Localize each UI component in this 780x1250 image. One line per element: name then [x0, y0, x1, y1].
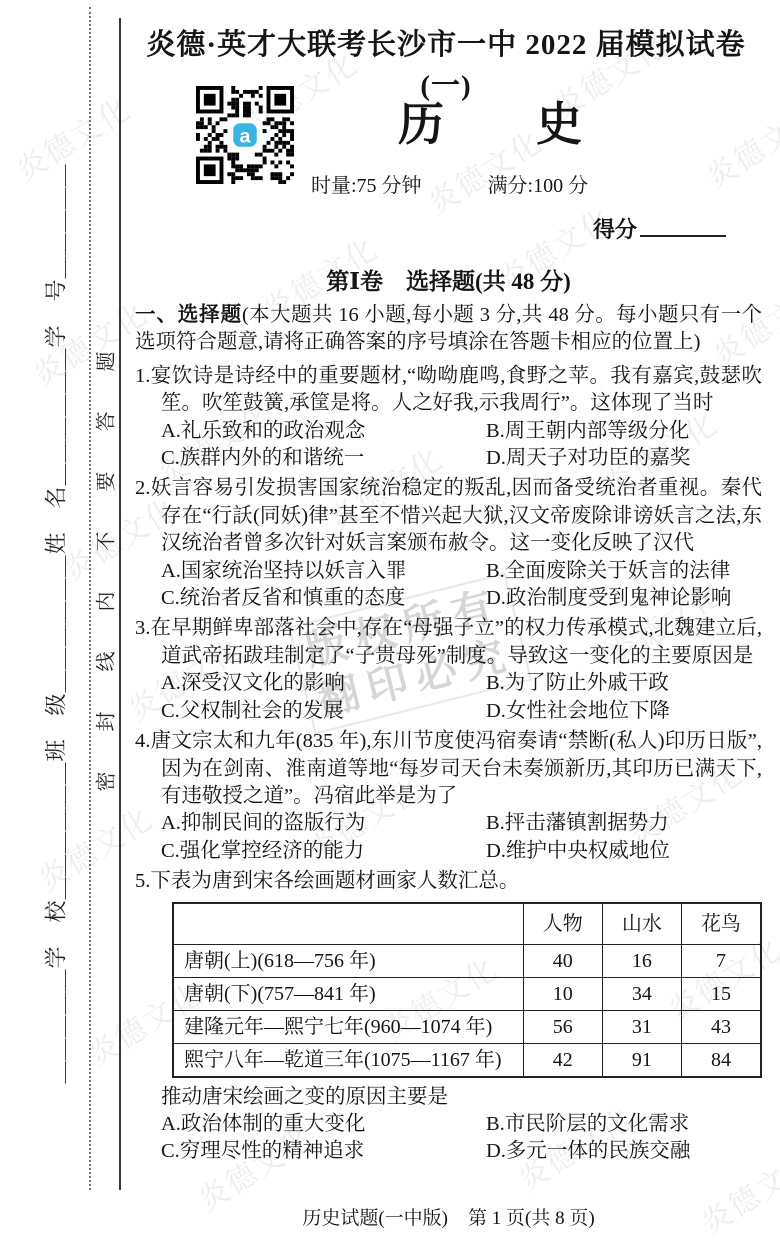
question-number: 5.	[135, 870, 150, 892]
question-2: 2.妖言容易引发损害国家统治稳定的叛乱,因而备受统治者重视。秦代存在“行訞(同妖…	[135, 475, 762, 612]
option-b: B.为了防止外戚干政	[486, 670, 762, 697]
painters-table: 人物 山水 花鸟 唐朝(上)(618—756 年) 40 16 7 唐朝(下)(…	[172, 902, 762, 1078]
subject-title: 历 史	[330, 88, 650, 154]
score-label: 得分	[593, 217, 637, 242]
option-a: A.国家统治坚持以妖言入罪	[161, 558, 486, 585]
table-row: 唐朝(上)(618—756 年) 40 16 7	[173, 944, 761, 977]
option-c: C.强化掌控经济的能力	[161, 838, 486, 865]
question-number: 3.	[135, 617, 150, 639]
option-c: C.父权制社会的发展	[161, 698, 486, 725]
student-info-fields: ＿＿＿＿＿学 校＿＿＿＿＿＿班 级＿＿＿＿＿＿姓 名＿＿＿＿＿＿学 号＿＿＿＿＿	[40, 124, 71, 1124]
seal-solid-line	[119, 18, 121, 1190]
option-a: A.政治体制的重大变化	[161, 1111, 486, 1138]
option-c: C.族群内外的和谐统一	[161, 445, 486, 472]
question-5: 5.下表为唐到宋各绘画题材画家人数汇总。 人物 山水 花鸟 唐朝(上)(618—…	[135, 868, 762, 1166]
seal-line-text: 密 封 线 内 不 要 答 题	[90, 327, 119, 807]
section-intro: 一、选择题(本大题共 16 小题,每小题 3 分,共 48 分。每小题只有一个选…	[135, 302, 762, 357]
full-score-label: 满分:100 分	[488, 169, 589, 198]
table-header-blank	[173, 903, 523, 945]
question-number: 2.	[135, 477, 150, 499]
question-number: 1.	[135, 365, 150, 387]
svg-text:a: a	[240, 125, 252, 147]
footer-doc-title: 历史试题(一中版)	[302, 1208, 448, 1229]
option-b: B.市民阶层的文化需求	[486, 1111, 762, 1138]
table-row: 建隆元年—熙宁七年(960—1074 年) 56 31 43	[173, 1010, 761, 1043]
table-header-huaniao: 花鸟	[681, 903, 761, 945]
page-footer: 历史试题(一中版)第 1 页(共 8 页)	[135, 1203, 762, 1230]
question-stem: 3.在早期鲜卑部落社会中,存在“母强子立”的权力传承模式,北魏建立后,道武帝拓跋…	[135, 615, 762, 670]
option-d: D.维护中央权威地位	[486, 838, 762, 865]
question-number: 4.	[135, 730, 150, 752]
question-stem: 1.宴饮诗是诗经中的重要题材,“呦呦鹿鸣,食野之苹。我有嘉宾,鼓瑟吹笙。吹笙鼓簧…	[135, 363, 762, 418]
question-stem-after-table: 推动唐宋绘画之变的原因主要是	[135, 1084, 762, 1111]
option-b: B.全面废除关于妖言的法律	[486, 558, 762, 585]
option-d: D.多元一体的民族交融	[486, 1138, 762, 1165]
option-b: B.抨击藩镇割据势力	[486, 810, 762, 837]
question-stem: 2.妖言容易引发损害国家统治稳定的叛乱,因而备受统治者重视。秦代存在“行訞(同妖…	[135, 475, 762, 557]
option-a: A.深受汉文化的影响	[161, 670, 486, 697]
duration-label: 时量:75 分钟	[311, 169, 422, 198]
table-row: 熙宁八年—乾道三年(1075—1167 年) 42 91 84	[173, 1043, 761, 1077]
question-stem: 4.唐文宗太和九年(835 年),东川节度使冯宿奏请“禁断(私人)印历日版”,因…	[135, 728, 762, 810]
option-a: A.抑制民间的盗版行为	[161, 810, 486, 837]
section-title: 第Ⅰ卷 选择题(共 48 分)	[135, 263, 762, 296]
footer-page-number: 第 1 页(共 8 页)	[468, 1208, 595, 1229]
question-4: 4.唐文宗太和九年(835 年),东川节度使冯宿奏请“禁断(私人)印历日版”,因…	[135, 728, 762, 865]
question-3: 3.在早期鲜卑部落社会中,存在“母强子立”的权力传承模式,北魏建立后,道武帝拓跋…	[135, 615, 762, 725]
option-c: C.穷理尽性的精神追求	[161, 1138, 486, 1165]
table-header-renwu: 人物	[523, 903, 602, 945]
question-stem: 5.下表为唐到宋各绘画题材画家人数汇总。	[135, 868, 762, 895]
option-b: B.周王朝内部等级分化	[486, 418, 762, 445]
watermark-text: 炎德文化	[696, 91, 780, 196]
option-c: C.统治者反省和慎重的态度	[161, 585, 486, 612]
section-intro-bold: 一、选择题	[135, 304, 242, 326]
option-d: D.女性社会地位下降	[486, 698, 762, 725]
table-row: 唐朝(下)(757—841 年) 10 34 15	[173, 977, 761, 1010]
exam-page: 炎德文化炎德文化炎德文化炎德文化炎德文化炎德文化炎德文化炎德文化炎德文化炎德文化…	[0, 0, 780, 1250]
option-a: A.礼乐致和的政治观念	[161, 418, 486, 445]
option-d: D.政治制度受到鬼神论影响	[486, 585, 762, 612]
score-blank-line	[640, 213, 726, 237]
option-d: D.周天子对功臣的嘉奖	[486, 445, 762, 472]
table-header-shanshui: 山水	[602, 903, 681, 945]
qr-code: a	[196, 86, 294, 184]
question-1: 1.宴饮诗是诗经中的重要题材,“呦呦鹿鸣,食野之苹。我有嘉宾,鼓瑟吹笙。吹笙鼓簧…	[135, 363, 762, 473]
